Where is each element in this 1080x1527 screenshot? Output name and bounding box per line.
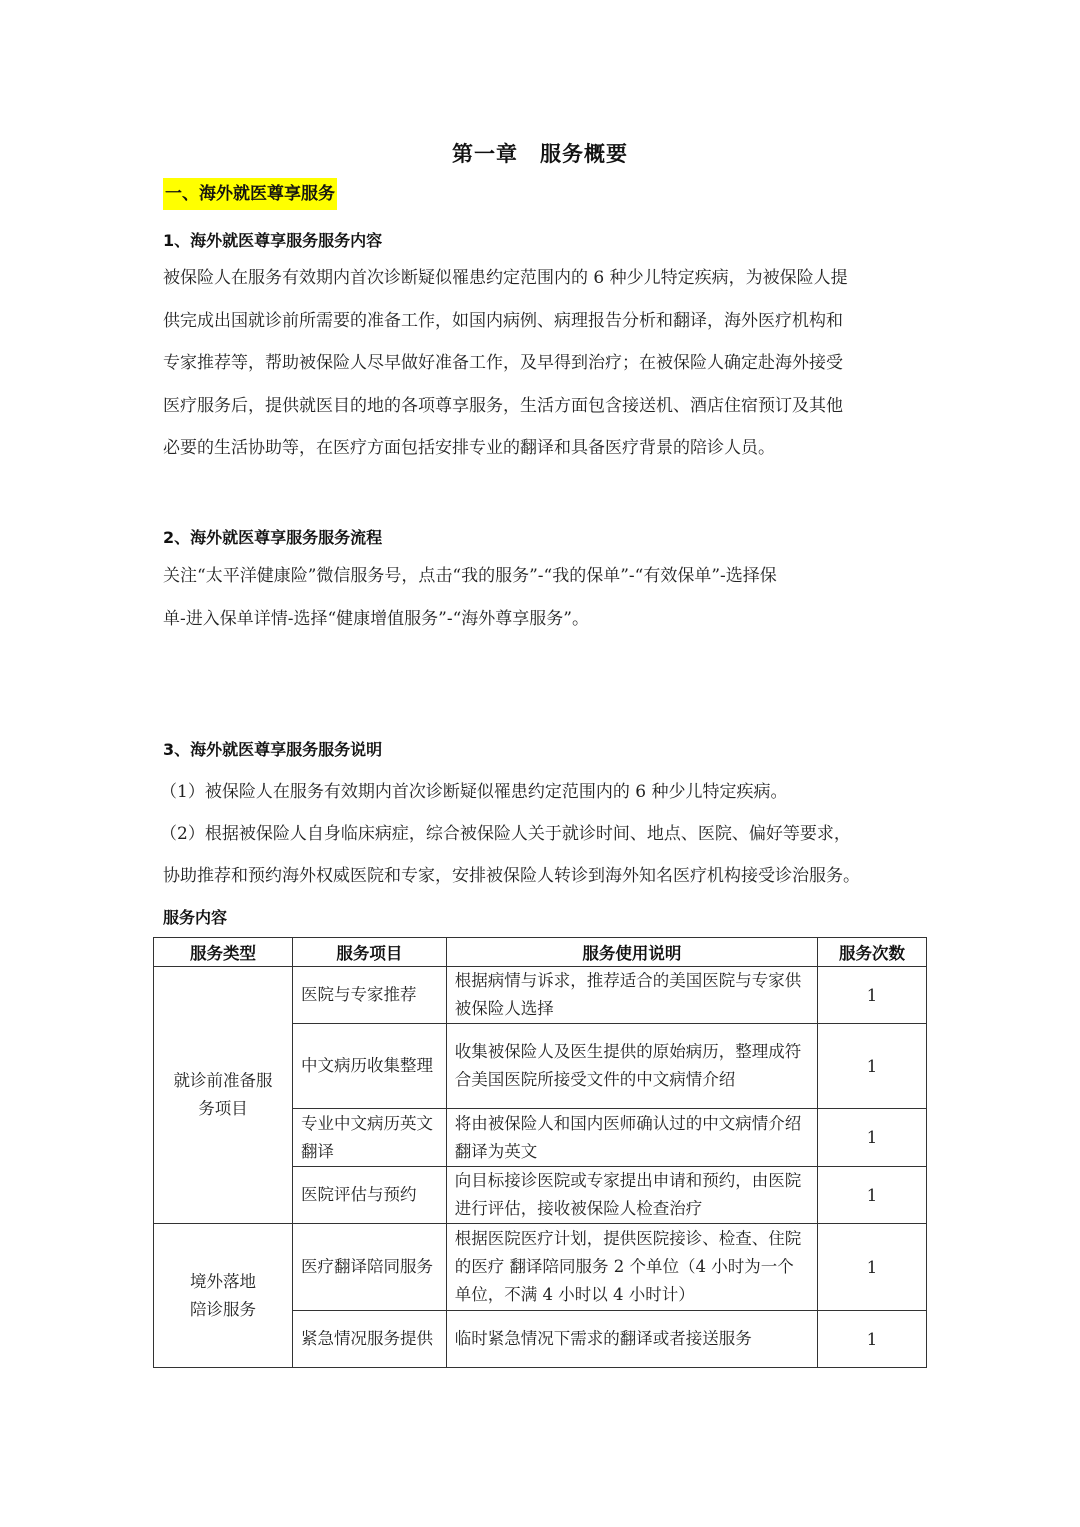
- header-service-count: 服务次数: [818, 938, 927, 967]
- service-type-cell: 境外落地陪诊服务: [154, 1224, 293, 1368]
- service-type-label: 境外落地陪诊服务: [190, 1268, 256, 1324]
- service-type-label: 就诊前准备服务项目: [173, 1067, 272, 1123]
- document-page: 第一章 服务概要 一、海外就医尊享服务 1、海外就医尊享服务服务内容 被保险人在…: [0, 0, 1080, 1527]
- subsection-1-title: 1、海外就医尊享服务服务内容: [163, 228, 382, 251]
- service-count-cell: 1: [818, 1224, 927, 1311]
- body-line: 单-进入保单详情-选择“健康增值服务”-“海外尊享服务”。: [163, 598, 923, 641]
- header-service-type: 服务类型: [154, 938, 293, 967]
- body-line: 必要的生活协助等，在医疗方面包括安排专业的翻译和具备医疗背景的陪诊人员。: [163, 427, 923, 470]
- service-desc-cell: 收集被保险人及医生提供的原始病历，整理成符合美国医院所接受文件的中文病情介绍: [446, 1024, 817, 1109]
- service-desc-cell: 向目标接诊医院或专家提出申请和预约，由医院进行评估，接收被保险人检查治疗: [446, 1167, 817, 1224]
- body-line: 关注“太平洋健康险”微信服务号，点击“我的服务”-“我的保单”-“有效保单”-选…: [163, 555, 923, 598]
- service-count-cell: 1: [818, 1109, 927, 1167]
- service-item-cell: 医疗翻译陪同服务: [292, 1224, 446, 1311]
- service-item-cell: 紧急情况服务提供: [292, 1311, 446, 1368]
- service-type-cell: 就诊前准备服务项目: [154, 967, 293, 1224]
- header-service-description: 服务使用说明: [446, 938, 817, 967]
- service-count-cell: 1: [818, 1167, 927, 1224]
- chapter-title: 第一章 服务概要: [0, 138, 1080, 168]
- body-line: 医疗服务后，提供就医目的地的各项尊享服务，生活方面包含接送机、酒店住宿预订及其他: [163, 385, 923, 428]
- service-desc-cell: 将由被保险人和国内医师确认过的中文病情介绍翻译为英文: [446, 1109, 817, 1167]
- service-item-cell: 专业中文病历英文翻译: [292, 1109, 446, 1167]
- body-line: 供完成出国就诊前所需要的准备工作，如国内病例、病理报告分析和翻译，海外医疗机构和: [163, 300, 923, 343]
- service-table: 服务类型 服务项目 服务使用说明 服务次数 就诊前准备服务项目 医院与专家推荐 …: [153, 937, 927, 1368]
- header-service-item: 服务项目: [292, 938, 446, 967]
- subsection-2-body: 关注“太平洋健康险”微信服务号，点击“我的服务”-“我的保单”-“有效保单”-选…: [163, 555, 923, 640]
- service-item-cell: 中文病历收集整理: [292, 1024, 446, 1109]
- note-2-cont: 协助推荐和预约海外权威医院和专家，安排被保险人转诊到海外知名医疗机构接受诊治服务…: [163, 861, 860, 886]
- subsection-2-title: 2、海外就医尊享服务服务流程: [163, 525, 382, 548]
- table-row: 就诊前准备服务项目 医院与专家推荐 根据病情与诉求，推荐适合的美国医院与专家供被…: [154, 967, 927, 1024]
- service-count-cell: 1: [818, 967, 927, 1024]
- subsection-1-body: 被保险人在服务有效期内首次诊断疑似罹患约定范围内的 6 种少儿特定疾病，为被保险…: [163, 257, 923, 470]
- table-caption: 服务内容: [163, 905, 227, 928]
- service-count-cell: 1: [818, 1311, 927, 1368]
- service-desc-cell: 根据病情与诉求，推荐适合的美国医院与专家供被保险人选择: [446, 967, 817, 1024]
- service-desc-cell: 临时紧急情况下需求的翻译或者接送服务: [446, 1311, 817, 1368]
- service-item-cell: 医院评估与预约: [292, 1167, 446, 1224]
- subsection-3-title: 3、海外就医尊享服务服务说明: [163, 737, 382, 760]
- body-line: 被保险人在服务有效期内首次诊断疑似罹患约定范围内的 6 种少儿特定疾病，为被保险…: [163, 257, 923, 300]
- body-line: 专家推荐等，帮助被保险人尽早做好准备工作，及早得到治疗；在被保险人确定赴海外接受: [163, 342, 923, 385]
- table-header-row: 服务类型 服务项目 服务使用说明 服务次数: [154, 938, 927, 967]
- service-count-cell: 1: [818, 1024, 927, 1109]
- table-row: 境外落地陪诊服务 医疗翻译陪同服务 根据医院医疗计划，提供医院接诊、检查、住院的…: [154, 1224, 927, 1311]
- section-title-highlighted: 一、海外就医尊享服务: [163, 178, 337, 210]
- note-2: （2）根据被保险人自身临床病症，综合被保险人关于就诊时间、地点、医院、偏好等要求…: [160, 819, 851, 844]
- note-1: （1）被保险人在服务有效期内首次诊断疑似罹患约定范围内的 6 种少儿特定疾病。: [160, 777, 787, 802]
- service-desc-cell: 根据医院医疗计划，提供医院接诊、检查、住院的医疗 翻译陪同服务 2 个单位（4 …: [446, 1224, 817, 1311]
- service-item-cell: 医院与专家推荐: [292, 967, 446, 1024]
